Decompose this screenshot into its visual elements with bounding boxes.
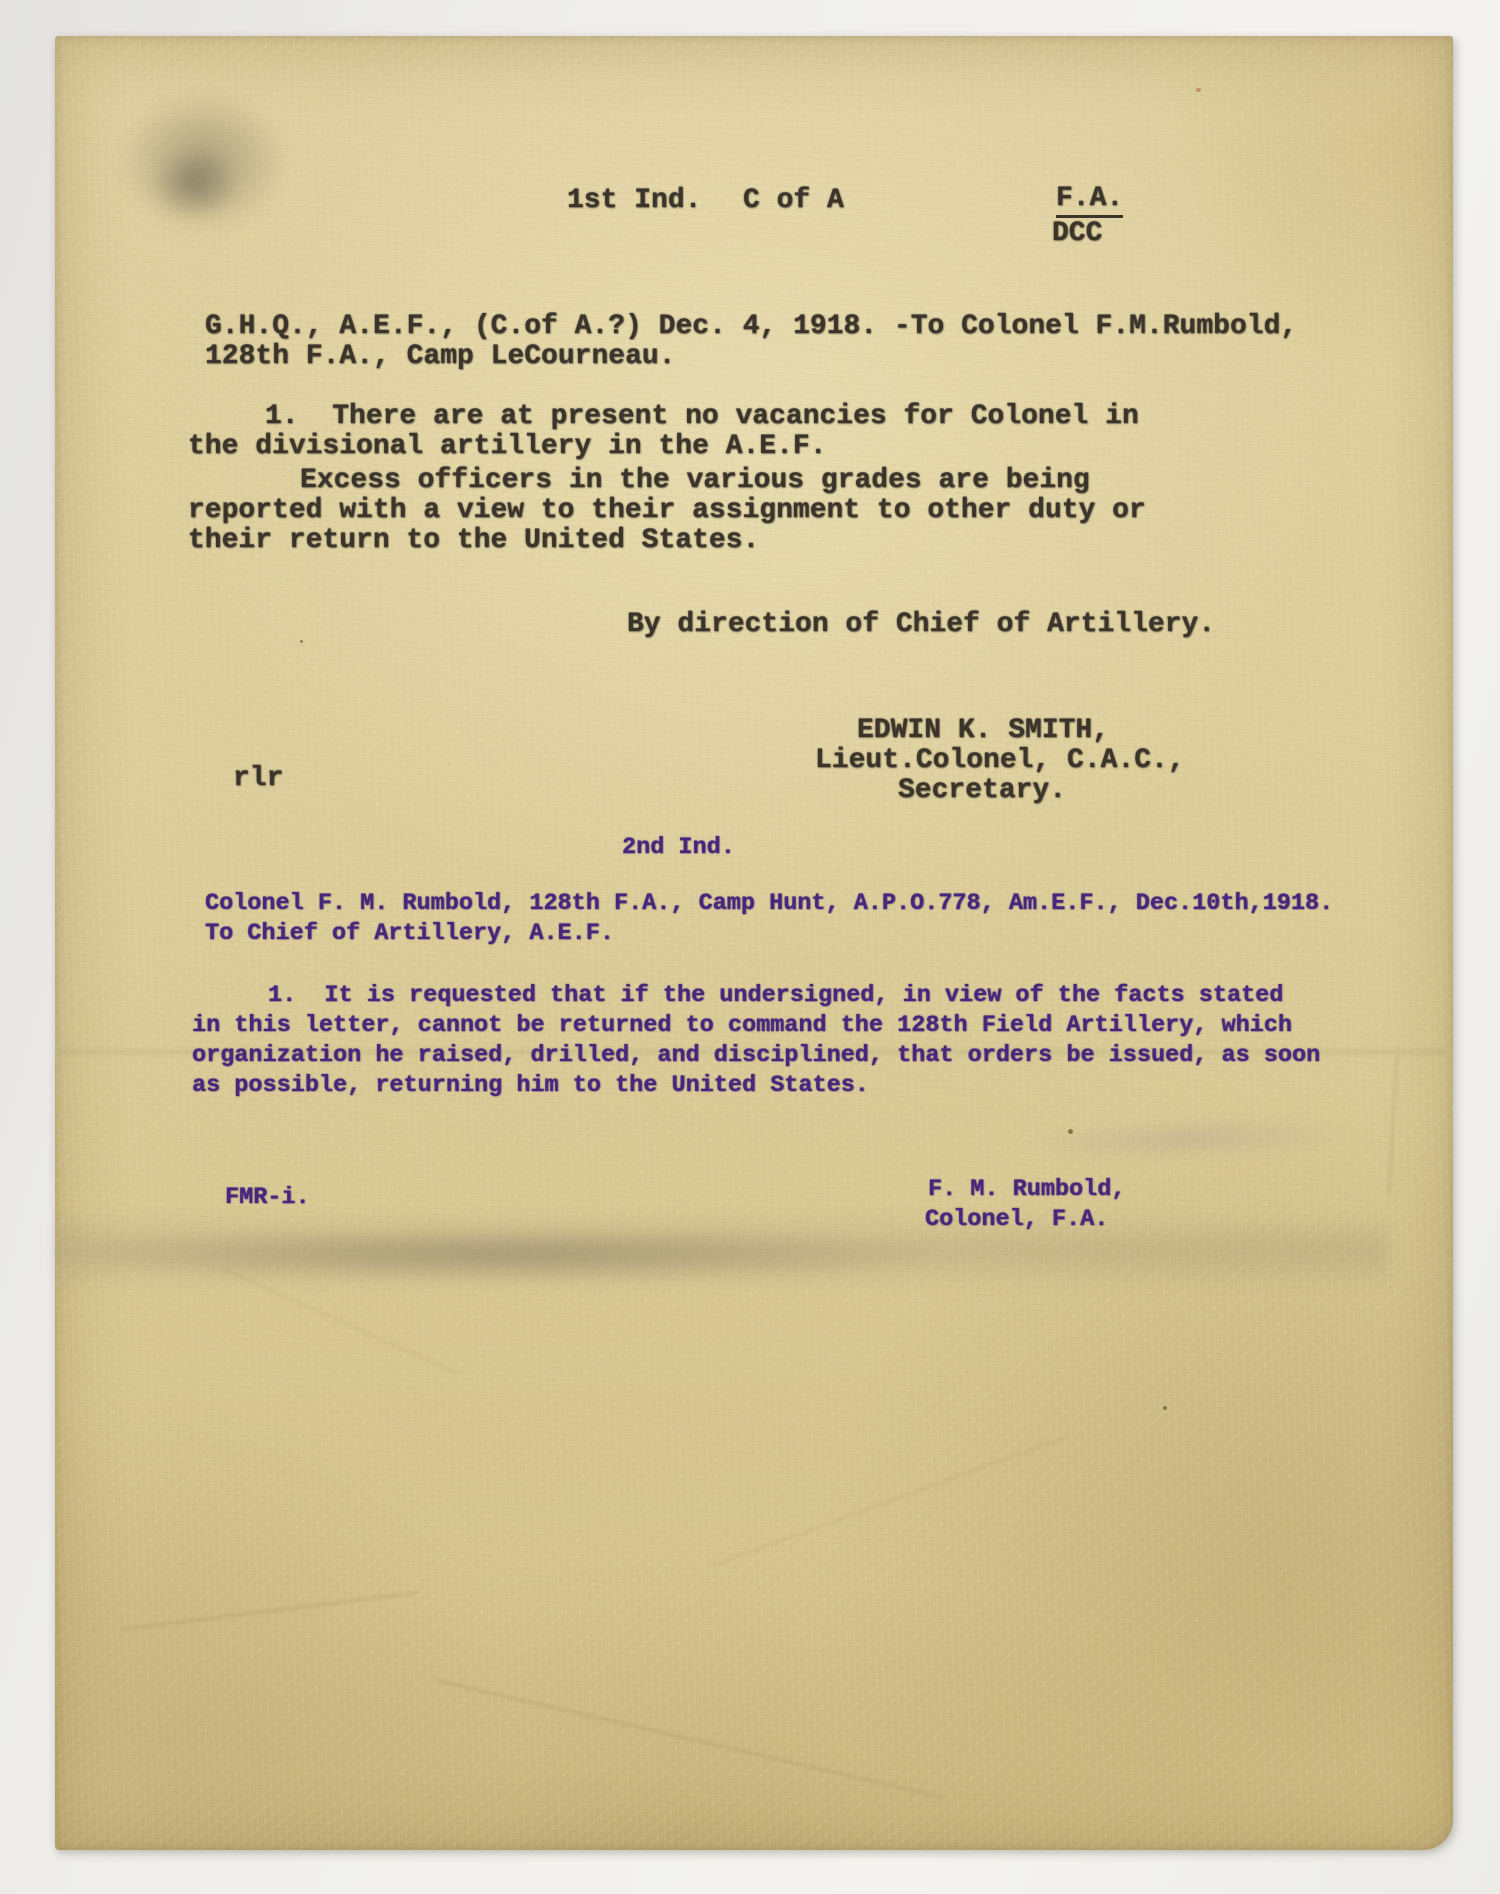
first-ind-heading-left: 1st Ind. bbox=[567, 186, 701, 216]
first-ind-heading-dcc: DCC bbox=[1052, 219, 1102, 249]
scanned-document-page: 1st Ind. C of A F.A. DCC G.H.Q., A.E.F.,… bbox=[0, 0, 1500, 1894]
second-ind-signature-name: F. M. Rumbold, bbox=[928, 1176, 1125, 1204]
first-ind-body-line: the divisional artillery in the A.E.F. bbox=[188, 432, 827, 462]
first-ind-body-line: their return to the United States. bbox=[188, 526, 759, 556]
second-ind-heading: 2nd Ind. bbox=[622, 834, 735, 862]
paper-speck bbox=[1068, 1129, 1073, 1134]
first-ind-heading-center: C of A bbox=[743, 186, 844, 216]
first-ind-address-line: 128th F.A., Camp LeCourneau. bbox=[205, 342, 675, 372]
paper-speck bbox=[1163, 1406, 1167, 1410]
fold-shadow-band bbox=[58, 1212, 1388, 1290]
paper-speck bbox=[300, 640, 303, 643]
second-ind-body-line: organization he raised, drilled, and dis… bbox=[192, 1042, 1320, 1070]
paper-speck bbox=[1196, 88, 1201, 92]
first-ind-heading-fa: F.A. bbox=[1056, 184, 1123, 218]
second-ind-address-line: To Chief of Artillery, A.E.F. bbox=[205, 920, 614, 948]
first-ind-body-line: Excess officers in the various grades ar… bbox=[300, 466, 1090, 496]
first-ind-signature-title: Secretary. bbox=[898, 776, 1066, 806]
typist-initials: rlr bbox=[233, 764, 283, 794]
second-ind-body-line: 1. It is requested that if the undersign… bbox=[268, 982, 1283, 1010]
first-ind-signature-rank: Lieut.Colonel, C.A.C., bbox=[815, 746, 1185, 776]
first-ind-body-line: reported with a view to their assignment… bbox=[188, 496, 1146, 526]
reference-mark: FMR-i. bbox=[225, 1184, 310, 1212]
by-direction-line: By direction of Chief of Artillery. bbox=[627, 610, 1215, 640]
second-ind-body-line: in this letter, cannot be returned to co… bbox=[192, 1012, 1292, 1040]
second-ind-signature-rank: Colonel, F.A. bbox=[925, 1206, 1108, 1234]
ink-smudge-stain bbox=[150, 150, 240, 220]
second-ind-address-line: Colonel F. M. Rumbold, 128th F.A., Camp … bbox=[205, 890, 1333, 918]
first-ind-address-line: G.H.Q., A.E.F., (C.of A.?) Dec. 4, 1918.… bbox=[205, 312, 1297, 342]
first-ind-signature-name: EDWIN K. SMITH, bbox=[857, 716, 1109, 746]
second-ind-body-line: as possible, returning him to the United… bbox=[192, 1072, 869, 1100]
first-ind-body-line: 1. There are at present no vacancies for… bbox=[265, 402, 1139, 432]
